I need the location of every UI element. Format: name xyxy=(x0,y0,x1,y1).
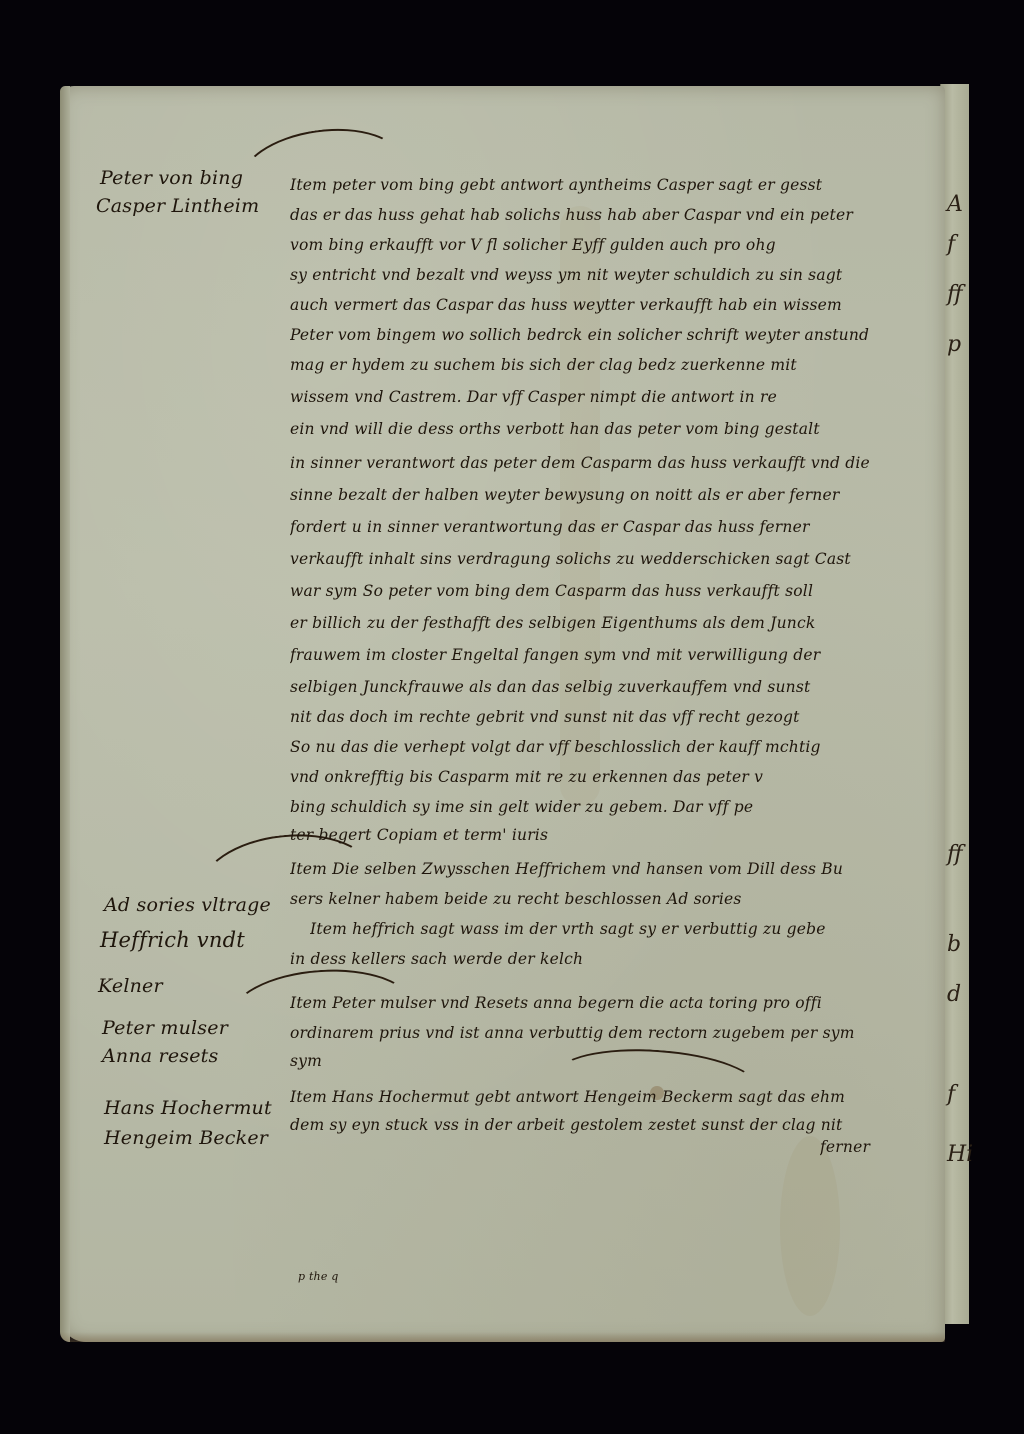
text-line: sers kelner habem beide zu recht beschlo… xyxy=(290,892,930,908)
leaf-fragment: ff xyxy=(947,284,963,306)
margin-note-kelner: Kelner xyxy=(98,976,163,998)
text-line: ter begert Copiam et term' iuris xyxy=(290,828,930,844)
text-line: ein vnd will die dess orths verbott han … xyxy=(290,422,930,438)
text-line: ferner xyxy=(820,1140,920,1156)
text-line: bing schuldich sy ime sin gelt wider zu … xyxy=(290,800,930,816)
paper-stain xyxy=(780,1136,840,1316)
text-line: sym xyxy=(290,1054,930,1070)
text-line: selbigen Junckfrauwe als dan das selbig … xyxy=(290,680,930,696)
text-line: auch vermert das Caspar das huss weytter… xyxy=(290,298,930,314)
margin-note-anna-resets: Anna resets xyxy=(102,1046,218,1068)
text-line: Item Hans Hochermut gebt antwort Hengeim… xyxy=(290,1090,930,1106)
margin-note-ad-sories: Ad sories vltrage xyxy=(104,895,271,917)
text-line: sy entricht vnd bezalt vnd weyss ym nit … xyxy=(290,268,930,284)
text-line: frauwem im closter Engeltal fangen sym v… xyxy=(290,648,930,664)
text-line: nit das doch im rechte gebrit vnd sunst … xyxy=(290,710,930,726)
text-line: mag er hydem zu suchem bis sich der clag… xyxy=(290,358,930,374)
text-line: Item peter vom bing gebt antwort aynthei… xyxy=(290,178,930,194)
text-line: Item heffrich sagt wass im der vrth sagt… xyxy=(310,922,950,938)
margin-note-hans-hochermut: Hans Hochermut xyxy=(104,1098,272,1120)
text-line: Item Peter mulser vnd Resets anna begern… xyxy=(290,996,930,1012)
manuscript-scan: A f ff p ff b d f Hi Peter von bing Casp… xyxy=(0,0,1024,1434)
leaf-fragment: f xyxy=(947,234,955,256)
text-line: war sym So peter vom bing dem Casparm da… xyxy=(290,584,930,600)
text-line: das er das huss gehat hab solichs huss h… xyxy=(290,208,930,224)
leaf-fragment: d xyxy=(947,984,961,1006)
margin-note-casper-lintheim: Casper Lintheim xyxy=(96,196,259,218)
leaf-fragment: Hi xyxy=(947,1144,973,1166)
text-line: in dess kellers sach werde der kelch xyxy=(290,952,930,968)
text-line: Item Die selben Zwysschen Heffrichem vnd… xyxy=(290,862,930,878)
leaf-fragment: A xyxy=(947,194,963,216)
leaf-fragment: f xyxy=(947,1084,955,1106)
text-line: er billich zu der festhafft des selbigen… xyxy=(290,616,930,632)
text-line: wissem vnd Castrem. Dar vff Casper nimpt… xyxy=(290,390,930,406)
text-line: vom bing erkaufft vor V fl solicher Eyff… xyxy=(290,238,930,254)
text-line: Peter vom bingem wo sollich bedrck ein s… xyxy=(290,328,930,344)
text-line: in sinner verantwort das peter dem Caspa… xyxy=(290,456,930,472)
text-line: verkaufft inhalt sins verdragung solichs… xyxy=(290,552,930,568)
text-line: sinne bezalt der halben weyter bewysung … xyxy=(290,488,930,504)
margin-note-hengeim-becker: Hengeim Becker xyxy=(104,1128,268,1150)
margin-note-peter-von-bing: Peter von bing xyxy=(100,168,243,190)
text-line: vnd onkrefftig bis Casparm mit re zu erk… xyxy=(290,770,930,786)
margin-note-peter-mulser: Peter mulser xyxy=(102,1018,228,1040)
margin-note-heffrich: Heffrich vndt xyxy=(100,928,245,952)
leaf-fragment: p xyxy=(947,334,961,356)
text-line: dem sy eyn stuck vss in der arbeit gesto… xyxy=(290,1118,930,1134)
text-line: So nu das die verhept volgt dar vff besc… xyxy=(290,740,930,756)
text-line: ordinarem prius vnd ist anna verbuttig d… xyxy=(290,1026,930,1042)
text-line: fordert u in sinner verantwortung das er… xyxy=(290,520,930,536)
leaf-fragment: ff xyxy=(947,844,963,866)
footer-mark: p the q xyxy=(298,1270,339,1283)
